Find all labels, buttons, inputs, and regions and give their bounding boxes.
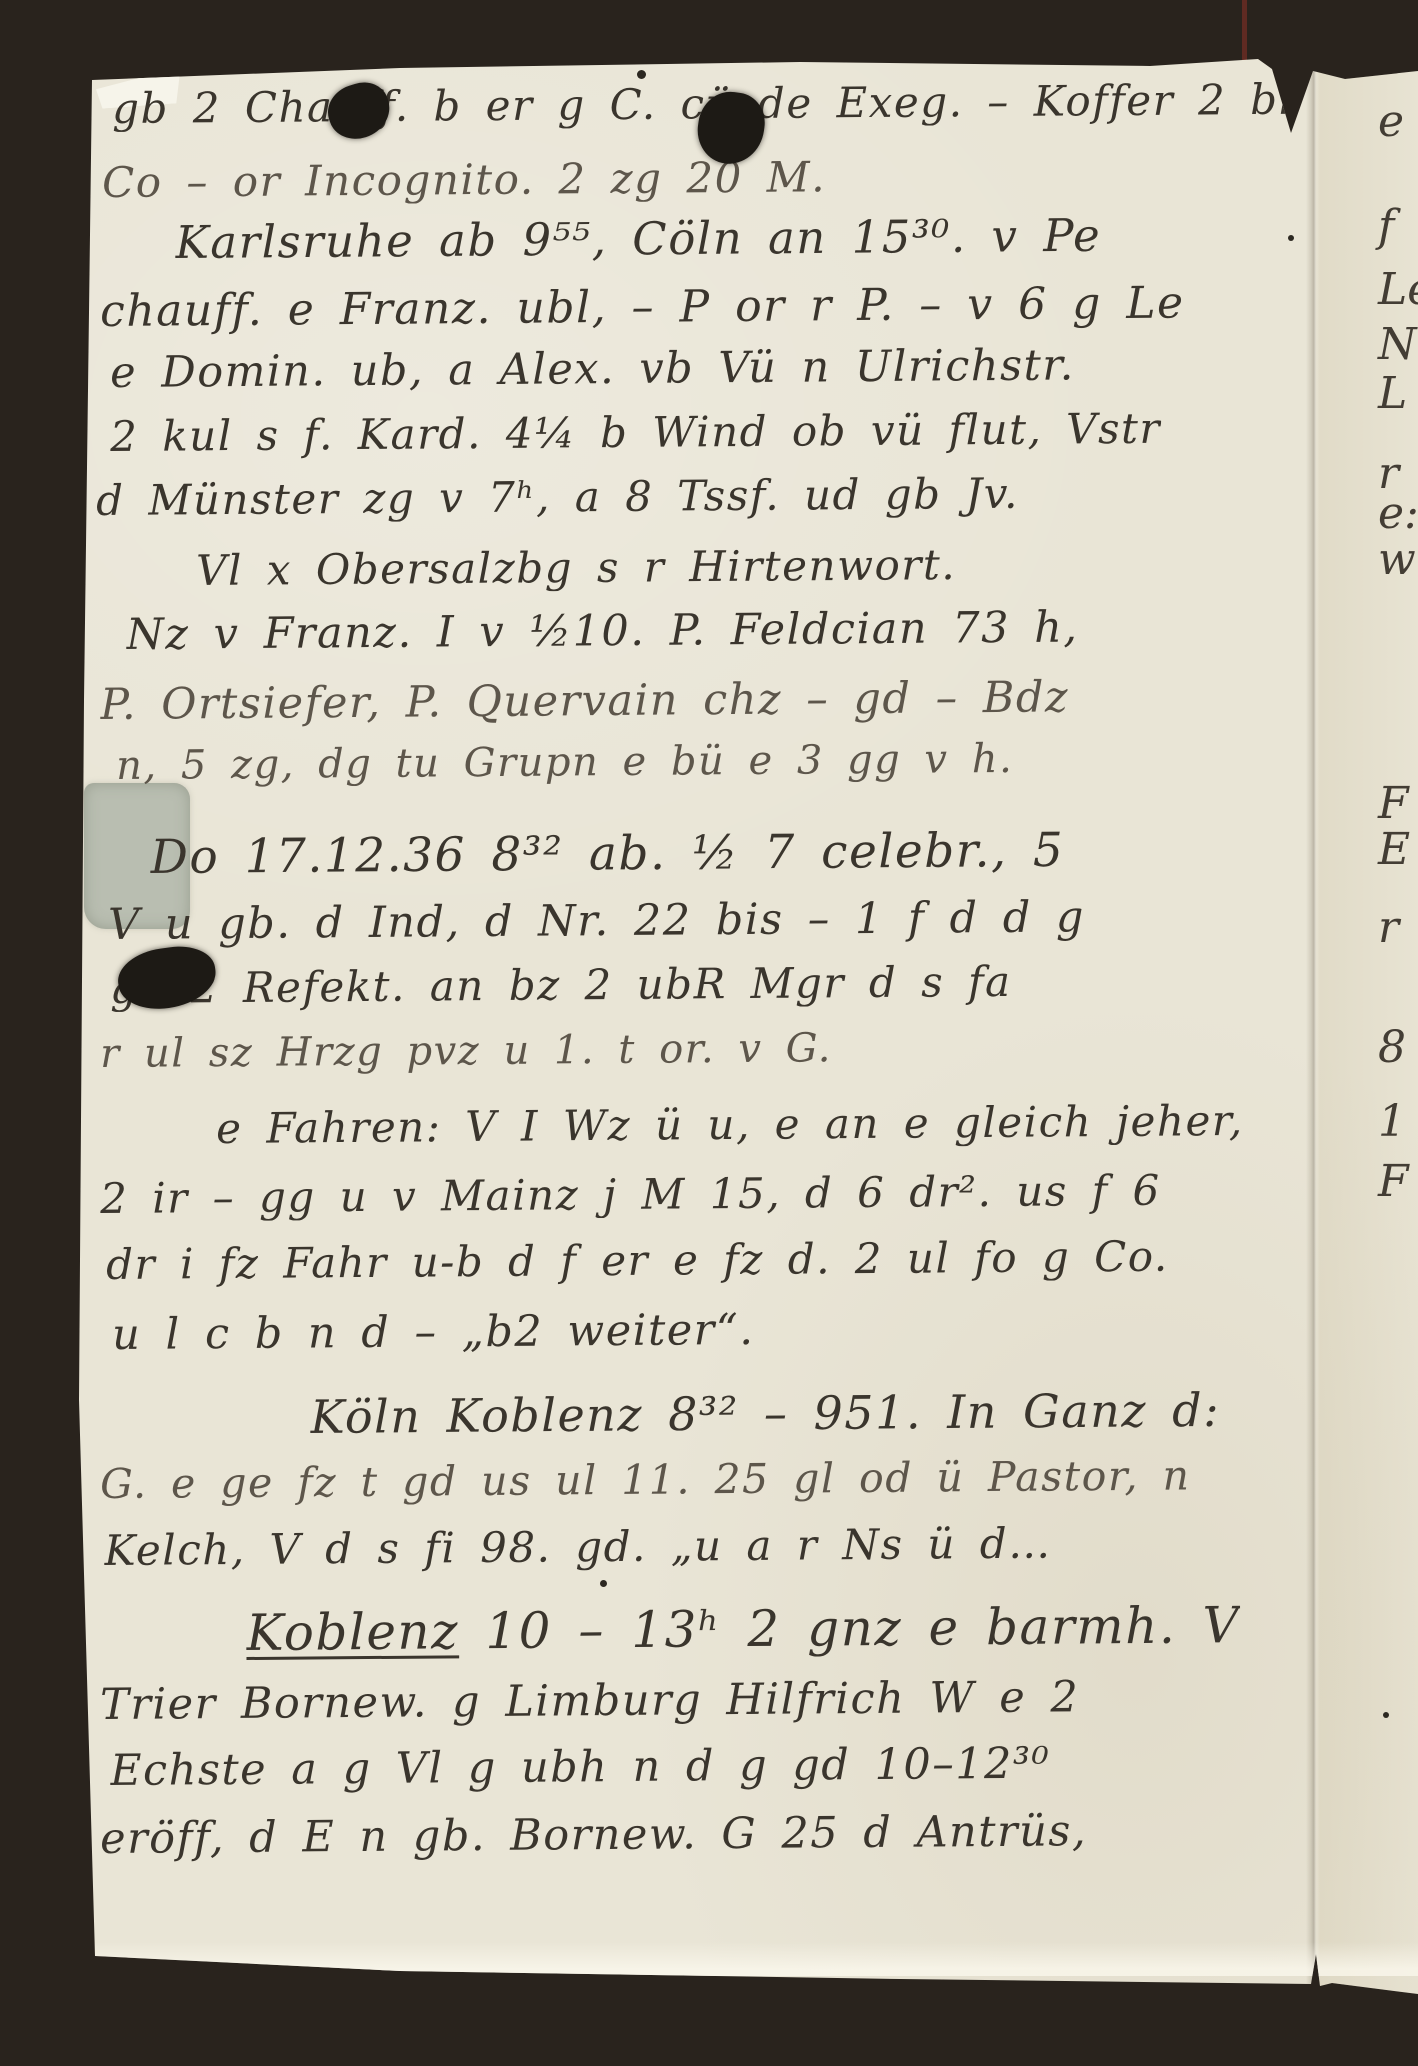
manuscript-line: Do 17.12.36 8³² ab. ½ 7 celebr., 5 [150, 825, 1064, 884]
ink-speck [1288, 235, 1294, 241]
manuscript-line: Trier Bornew. g Limburg Hilfrich W e 2 [100, 1674, 1079, 1729]
right-page-fragment: N [1378, 323, 1417, 367]
manuscript-line: d Münster zg v 7ʰ, a 8 Tssf. ud gb Jv. [96, 471, 1019, 524]
manuscript-line: u l c b n d – „b2 weiter“. [112, 1307, 755, 1359]
manuscript-line: V u gb. d Ind, d Nr. 22 bis – 1 f d d g [108, 894, 1085, 949]
manuscript-line: eröff, d E n gb. Bornew. G 25 d Antrüs, [100, 1808, 1087, 1863]
manuscript-line: Vl x Obersalzbg s r Hirtenwort. [196, 542, 956, 594]
manuscript-line: 2 ir – gg u v Mainz j M 15, d 6 dr². us … [100, 1168, 1161, 1223]
ink-speck [637, 70, 646, 79]
right-page-fragment: 8 [1378, 1026, 1406, 1070]
manuscript-line: Echste a g Vl g ubh n d g gd 10–12³⁰ [110, 1741, 1051, 1796]
manuscript-line: e Fahren: V I Wz ü u, e an e gleich jehe… [216, 1098, 1244, 1152]
right-page-fragment: F [1378, 782, 1409, 826]
manuscript-line: P. Ortsiefer, P. Quervain chz – gd – Bdz [100, 674, 1069, 729]
ink-speck [1383, 1712, 1389, 1718]
right-page-fragment: L [1378, 372, 1407, 416]
manuscript-line: Köln Koblenz 8³² – 951. In Ganz d: [310, 1385, 1220, 1443]
scan-background: gb 2 Chauff. b er g C. cü de Exeg. – Kof… [0, 0, 1418, 2066]
right-page-fragment: E [1378, 828, 1410, 872]
right-page-fragment: w [1378, 538, 1416, 582]
manuscript-line: dr i fz Fahr u-b d f er e fz d. 2 ul fo … [106, 1234, 1169, 1289]
manuscript-line: Koblenz 10 – 13ʰ 2 gnz e barmh. V [246, 1598, 1240, 1661]
manuscript-line: Nz v Franz. I v ½10. P. Feldcian 73 h, [126, 605, 1079, 660]
manuscript-line: G. e ge fz t gd us ul 11. 25 gl od ü Pas… [100, 1453, 1191, 1507]
right-page-fragment: Le [1378, 268, 1418, 312]
underlined-word: Koblenz [246, 1602, 459, 1661]
paper-bottom-edge-highlight [90, 1942, 1418, 1976]
right-page-fragment: 1 [1378, 1100, 1406, 1144]
manuscript-line: r ul sz Hrzg pvz u 1. t or. v G. [100, 1026, 832, 1076]
manuscript-line: Karlsruhe ab 9⁵⁵, Cöln an 15³⁰. v Pe [175, 211, 1101, 268]
right-page-fragment: e: [1378, 492, 1418, 536]
manuscript-line: Co – or Incognito. 2 zg 20 M. [102, 154, 826, 206]
manuscript-line: gb 2 Refekt. an bz 2 ubR Mgr d s fa [110, 959, 1012, 1012]
manuscript-line: chauff. e Franz. ubl, – P or r P. – v 6 … [100, 279, 1185, 336]
ink-speck [600, 1580, 607, 1587]
manuscript-line: n, 5 zg, dg tu Grupn e bü e 3 gg v h. [116, 737, 1013, 788]
right-page-fragment: f [1378, 205, 1394, 249]
right-page-fragment: r [1378, 906, 1399, 950]
manuscript-page: gb 2 Chauff. b er g C. cü de Exeg. – Kof… [0, 0, 1418, 2066]
manuscript-line: Kelch, V d s fi 98. gd. „u a r Ns ü d… [104, 1521, 1052, 1575]
manuscript-line: e Domin. ub, a Alex. vb Vü n Ulrichstr. [110, 342, 1075, 397]
right-page-fragment: e [1378, 100, 1404, 144]
right-page-fragment: F [1378, 1160, 1409, 1204]
manuscript-line: 2 kul s f. Kard. 4¼ b Wind ob vü flut, V… [110, 406, 1161, 460]
page-fold-crease [1306, 64, 1320, 1988]
